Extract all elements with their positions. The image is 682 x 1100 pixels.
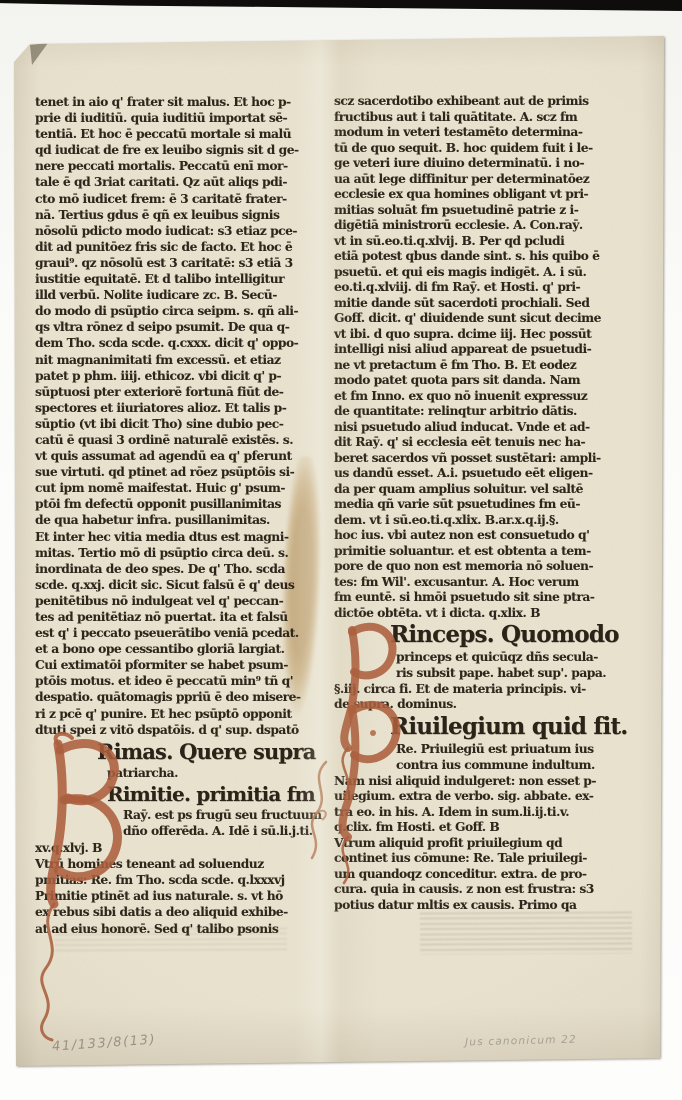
text-line: et fm Inno. ex quo nō inuenit expressuz — [334, 389, 630, 405]
text-line: dtuti spei z vitō dspatōis. d q' sup. ds… — [35, 722, 324, 738]
text-line: qd iudicat de fre ex leuibo signis sit d… — [35, 142, 324, 158]
text-line: tū de quo sequit. B. hoc quidem fuit i l… — [334, 141, 630, 157]
text-line: vt ibi. d quo supra. dcime iij. Hec poss… — [334, 327, 630, 343]
pencil-subject-note: Jus canonicum 22 — [465, 1034, 577, 1049]
text-line: catū ē quasi 3 ordinē naturalē existēs. … — [35, 432, 324, 448]
page-wrap: tenet in aio q' frater sit malus. Et hoc… — [14, 36, 666, 1068]
text-column-left: tenet in aio q' frater sit malus. Et hoc… — [35, 94, 324, 937]
text-line: uilegium. extra de verbo. sig. abbate. e… — [334, 789, 630, 805]
text-line: patriarcha. — [107, 765, 324, 781]
text-line: ecclesie ex qua homines obligant vt pri- — [334, 187, 630, 203]
text-line: dictōe obtēta. vt i dicta. q.xlix. B — [334, 606, 630, 622]
text-line: media qñ varie sūt psuetudines fm eū- — [334, 497, 630, 513]
text-line: iustitie equitatē. Et d talibo intelligi… — [35, 271, 324, 287]
entry-heading-priuilegium: Riuilegium quid fit. — [390, 713, 630, 741]
text-line: modo patet quota pars sit danda. Nam — [334, 373, 630, 389]
text-line: beret sacerdos vñ posset sustētari: ampl… — [334, 451, 630, 467]
text-line: nere peccati mortalis. Peccatū enī mor- — [35, 158, 324, 174]
entry-priuilegium-indented-lines: Re. Priuilegiū est priuatum iuscontra iu… — [334, 741, 630, 774]
text-line: de supra. dominus. — [334, 697, 630, 713]
text-line: us dandū esset. A.i. psuetudo eēt eligen… — [334, 466, 630, 482]
text-line: penitētibus nō indulgeat vel q' peccan- — [35, 593, 324, 609]
text-line: hoc ius. vbi autez non est consuetudo q' — [334, 528, 630, 544]
text-line: tenet in aio q' frater sit malus. Et hoc… — [35, 94, 324, 110]
text-line: dño offerēda. A. Idē i sū.li.j.ti. — [123, 823, 324, 840]
paragraph-block: scz sacerdotibo exhibeant aut de primisf… — [334, 94, 630, 621]
text-line: dem. vt i sū.eo.ti.q.xlix. B.ar.x.q.ij.§… — [334, 513, 630, 529]
text-line: da per quam amplius soluitur. vel saltē — [334, 482, 630, 498]
text-line: fm euntē. si hmōi psuetudo sit sine ptra… — [334, 590, 630, 606]
entry-heading-primas: Rimas. Quere supra — [97, 738, 324, 765]
incunable-page: tenet in aio q' frater sit malus. Et hoc… — [14, 36, 666, 1068]
text-line: Goff. dicit. q' diuidende sunt sicut dec… — [334, 311, 630, 327]
text-line: princeps et quicūqz dñs secula- — [396, 649, 630, 665]
text-line: prie di iuditiū. quia iuditiū importat s… — [35, 110, 324, 126]
paragraph-block: tenet in aio q' frater sit malus. Et hoc… — [35, 94, 324, 738]
text-line: mitias soluāt fm psuetudinē patrie z i- — [334, 203, 630, 219]
text-line: qs vltra rōnez d seipo psumit. De qua q- — [35, 319, 324, 335]
text-line: pmitias: Re. fm Tho. scda scde. q.lxxxvj — [35, 872, 324, 888]
text-line: spectores et iiuriatores alioz. Et talis… — [35, 400, 324, 416]
entry-heading-princeps: Rinceps. Quomodo — [390, 621, 630, 649]
text-line: patet p phm. iiij. ethicoz. vbi dicit q'… — [35, 368, 324, 384]
text-line: nōsolū pdicto modo iudicat: s3 etiaz pce… — [35, 223, 324, 239]
text-line: despatio. quātomagis ppriū ē deo misere- — [35, 689, 324, 705]
text-line: §.iij. circa fi. Et de materia principis… — [334, 682, 630, 698]
entry-princeps: Rinceps. Quomodo princeps et quicūqz dñs… — [334, 621, 630, 713]
text-line: eo.ti.q.xlviij. di fm Raȳ. et Hosti. q' … — [334, 280, 630, 296]
text-line: xv.q.xlvj. B — [35, 840, 324, 856]
entry-princeps-indented-lines: princeps et quicūqz dñs secula-ris subsi… — [334, 649, 630, 682]
text-line: vt quis assumat ad agendū ea q' pferunt — [35, 448, 324, 464]
text-line: Primitie ptinēt ad ius naturale. s. vt h… — [35, 888, 324, 904]
corner-cut-shadow — [26, 41, 52, 67]
text-line: Cui extimatōi pformiter se habet psum- — [35, 657, 324, 673]
text-line: Et inter hec vitia media dtus est magni- — [35, 529, 324, 545]
entry-primas-lines: patriarcha. — [35, 765, 324, 781]
text-line: fructibus aut i tali quātitate. A. scz f… — [334, 110, 630, 126]
entry-primas: Rimas. Quere supra patriarcha. — [35, 738, 324, 781]
text-line: nā. Tertius gdus ē qñ ex leuibus signis — [35, 207, 324, 223]
text-line: est q' i peccato pseuerātibo veniā pceda… — [35, 625, 324, 641]
text-line: sūptuosi pter exteriorē fortunā fiūt de- — [35, 384, 324, 400]
text-line: primitie soluantur. et est obtenta a tem… — [334, 544, 630, 560]
text-line: ptōis motus. et ideo ē peccatū min⁹ tñ q… — [35, 673, 324, 689]
entry-priuilegium: Riuilegium quid fit. Re. Priuilegiū est … — [334, 713, 630, 913]
text-line: inordinata de deo spes. De q' Tho. scda — [35, 561, 324, 577]
entry-priuilegium-lines: Nam nisi aliquid indulgeret: non esset p… — [334, 774, 630, 914]
text-line: Re. Priuilegiū est priuatum ius — [396, 741, 630, 757]
entry-heading-primitie: Rimitie. primitia fm — [107, 781, 324, 807]
text-line: cto mō iudicet frem: ē 3 caritatē frater… — [35, 191, 324, 207]
text-line: tes: fm Wil'. excusantur. A. Hoc verum — [334, 575, 630, 591]
text-line: contra ius commune indultum. — [396, 757, 630, 773]
text-line: sūptio (vt ibi dicit Tho) sine dubio pec… — [35, 416, 324, 432]
text-line: ri z pcē q' punire. Et hec psūptō opponi… — [35, 706, 324, 722]
text-line: ua aūt lege diffinitur per determinatōez — [334, 172, 630, 188]
text-line: potius datur mltis ex causis. Primo qa — [334, 898, 630, 914]
text-line: ex rebus sibi datis a deo aliquid exhibe… — [35, 904, 324, 920]
text-line: Nam nisi aliquid indulgeret: non esset p… — [334, 774, 630, 790]
text-line: et a bono ope cessantibo gloriā largiat. — [35, 641, 324, 657]
text-line: Vtrum aliquid profit priuilegium qd — [334, 836, 630, 852]
text-line: ptōi fm defectū opponit pusillanimitas — [35, 496, 324, 512]
text-line: dem Tho. scda scde. q.cxxx. dicit q' opp… — [35, 335, 324, 351]
pencil-shelfmark-note: 41/133/8(13) — [52, 1032, 157, 1054]
entry-princeps-lines: §.iij. circa fi. Et de materia principis… — [334, 682, 630, 713]
entry-primitie-lines: xv.q.xlvj. BVtrū homines teneant ad solu… — [35, 840, 324, 937]
text-line: scz sacerdotibo exhibeant aut de primis — [334, 94, 630, 110]
text-line: nit magnanimitati fm excessū. et etiaz — [35, 352, 324, 368]
text-line: continet ius cōmune: Re. Tale priuilegi- — [334, 851, 630, 867]
text-line: at ad eius honorē. Sed q' talibo psonis — [35, 921, 324, 937]
text-line: intelligi nisi aliud appareat de psuetud… — [334, 342, 630, 358]
text-line: dit ad punitōez fris sic de facto. Et ho… — [35, 239, 324, 255]
text-line: tra eo. in his. A. Idem in sum.li.ij.ti.… — [334, 805, 630, 821]
text-line: dit Raȳ. q' si ecclesia eēt tenuis nec h… — [334, 435, 630, 451]
text-line: ne vt pretactum ē fm Tho. B. Et eodez — [334, 358, 630, 374]
text-line: de quantitate: relinqtur arbitrio dātis. — [334, 404, 630, 420]
text-line: modum in veteri testamēto determina- — [334, 125, 630, 141]
text-line: scde. q.xxj. dicit sic. Sicut falsū ē q'… — [35, 577, 324, 593]
entry-primitie-indented-lines: Raȳ. est ps frugū seu fructuumdño offerē… — [35, 807, 324, 840]
text-line: um quandoqz conceditur. extra. de pro- — [334, 867, 630, 883]
text-line: Raȳ. est ps frugū seu fructuum — [123, 807, 324, 824]
text-line: tentiā. Et hoc ē peccatū mortale si malū — [35, 126, 324, 142]
text-line: cura. quia in causis. z non est frustra:… — [334, 882, 630, 898]
text-line: illd verbū. Nolite iudicare zc. B. Secū- — [35, 287, 324, 303]
text-line: sue virtuti. qd ptinet ad rōez psūptōis … — [35, 464, 324, 480]
text-line: de qua habetur infra. pusillanimitas. — [35, 512, 324, 528]
text-line: Vtrū homines teneant ad soluenduz — [35, 856, 324, 872]
scanned-leaf-photo: tenet in aio q' frater sit malus. Et hoc… — [0, 0, 682, 1100]
text-line: tale ē qd 3riat caritati. Qz aūt aliqs p… — [35, 174, 324, 190]
text-line: mitas. Tertio mō di psūptio circa deū. s… — [35, 545, 324, 561]
text-line: ris subsit pape. habet sup'. papa. — [396, 665, 630, 681]
text-line: graui⁹. qz nōsolū est 3 caritatē: s3 eti… — [35, 255, 324, 271]
text-line: do modo di psūptio circa seipm. s. qñ al… — [35, 303, 324, 319]
show-through-ghost — [420, 911, 632, 954]
text-line: digētiā ministrorū ecclesie. A. Con.raȳ. — [334, 218, 630, 234]
scan-edge-band — [0, 0, 682, 11]
text-line: nisi psuetudo aliud inducat. Vnde et ad- — [334, 420, 630, 436]
text-line: pore de quo non est memoria nō soluen- — [334, 559, 630, 575]
text-line: tes ad penitētiaz nō puertat. ita et fal… — [35, 609, 324, 625]
text-line: psuetū. et qui eis magis indigēt. A. i s… — [334, 265, 630, 281]
text-line: q.clix. fm Hosti. et Goff. B — [334, 820, 630, 836]
text-line: mitie dande sūt sacerdoti prochiali. Sed — [334, 296, 630, 312]
text-line: vt in sū.eo.ti.q.xlvij. B. Per qd pcludi — [334, 234, 630, 250]
text-line: ge veteri iure diuino determinatū. i no- — [334, 156, 630, 172]
text-line: etiā potest qbus dande sint. s. his quib… — [334, 249, 630, 265]
entry-primitie: Rimitie. primitia fm Raȳ. est ps frugū s… — [35, 781, 324, 937]
text-column-right: scz sacerdotibo exhibeant aut de primisf… — [334, 94, 630, 913]
text-line: cut ipm nomē maifestat. Huic g' psum- — [35, 480, 324, 496]
